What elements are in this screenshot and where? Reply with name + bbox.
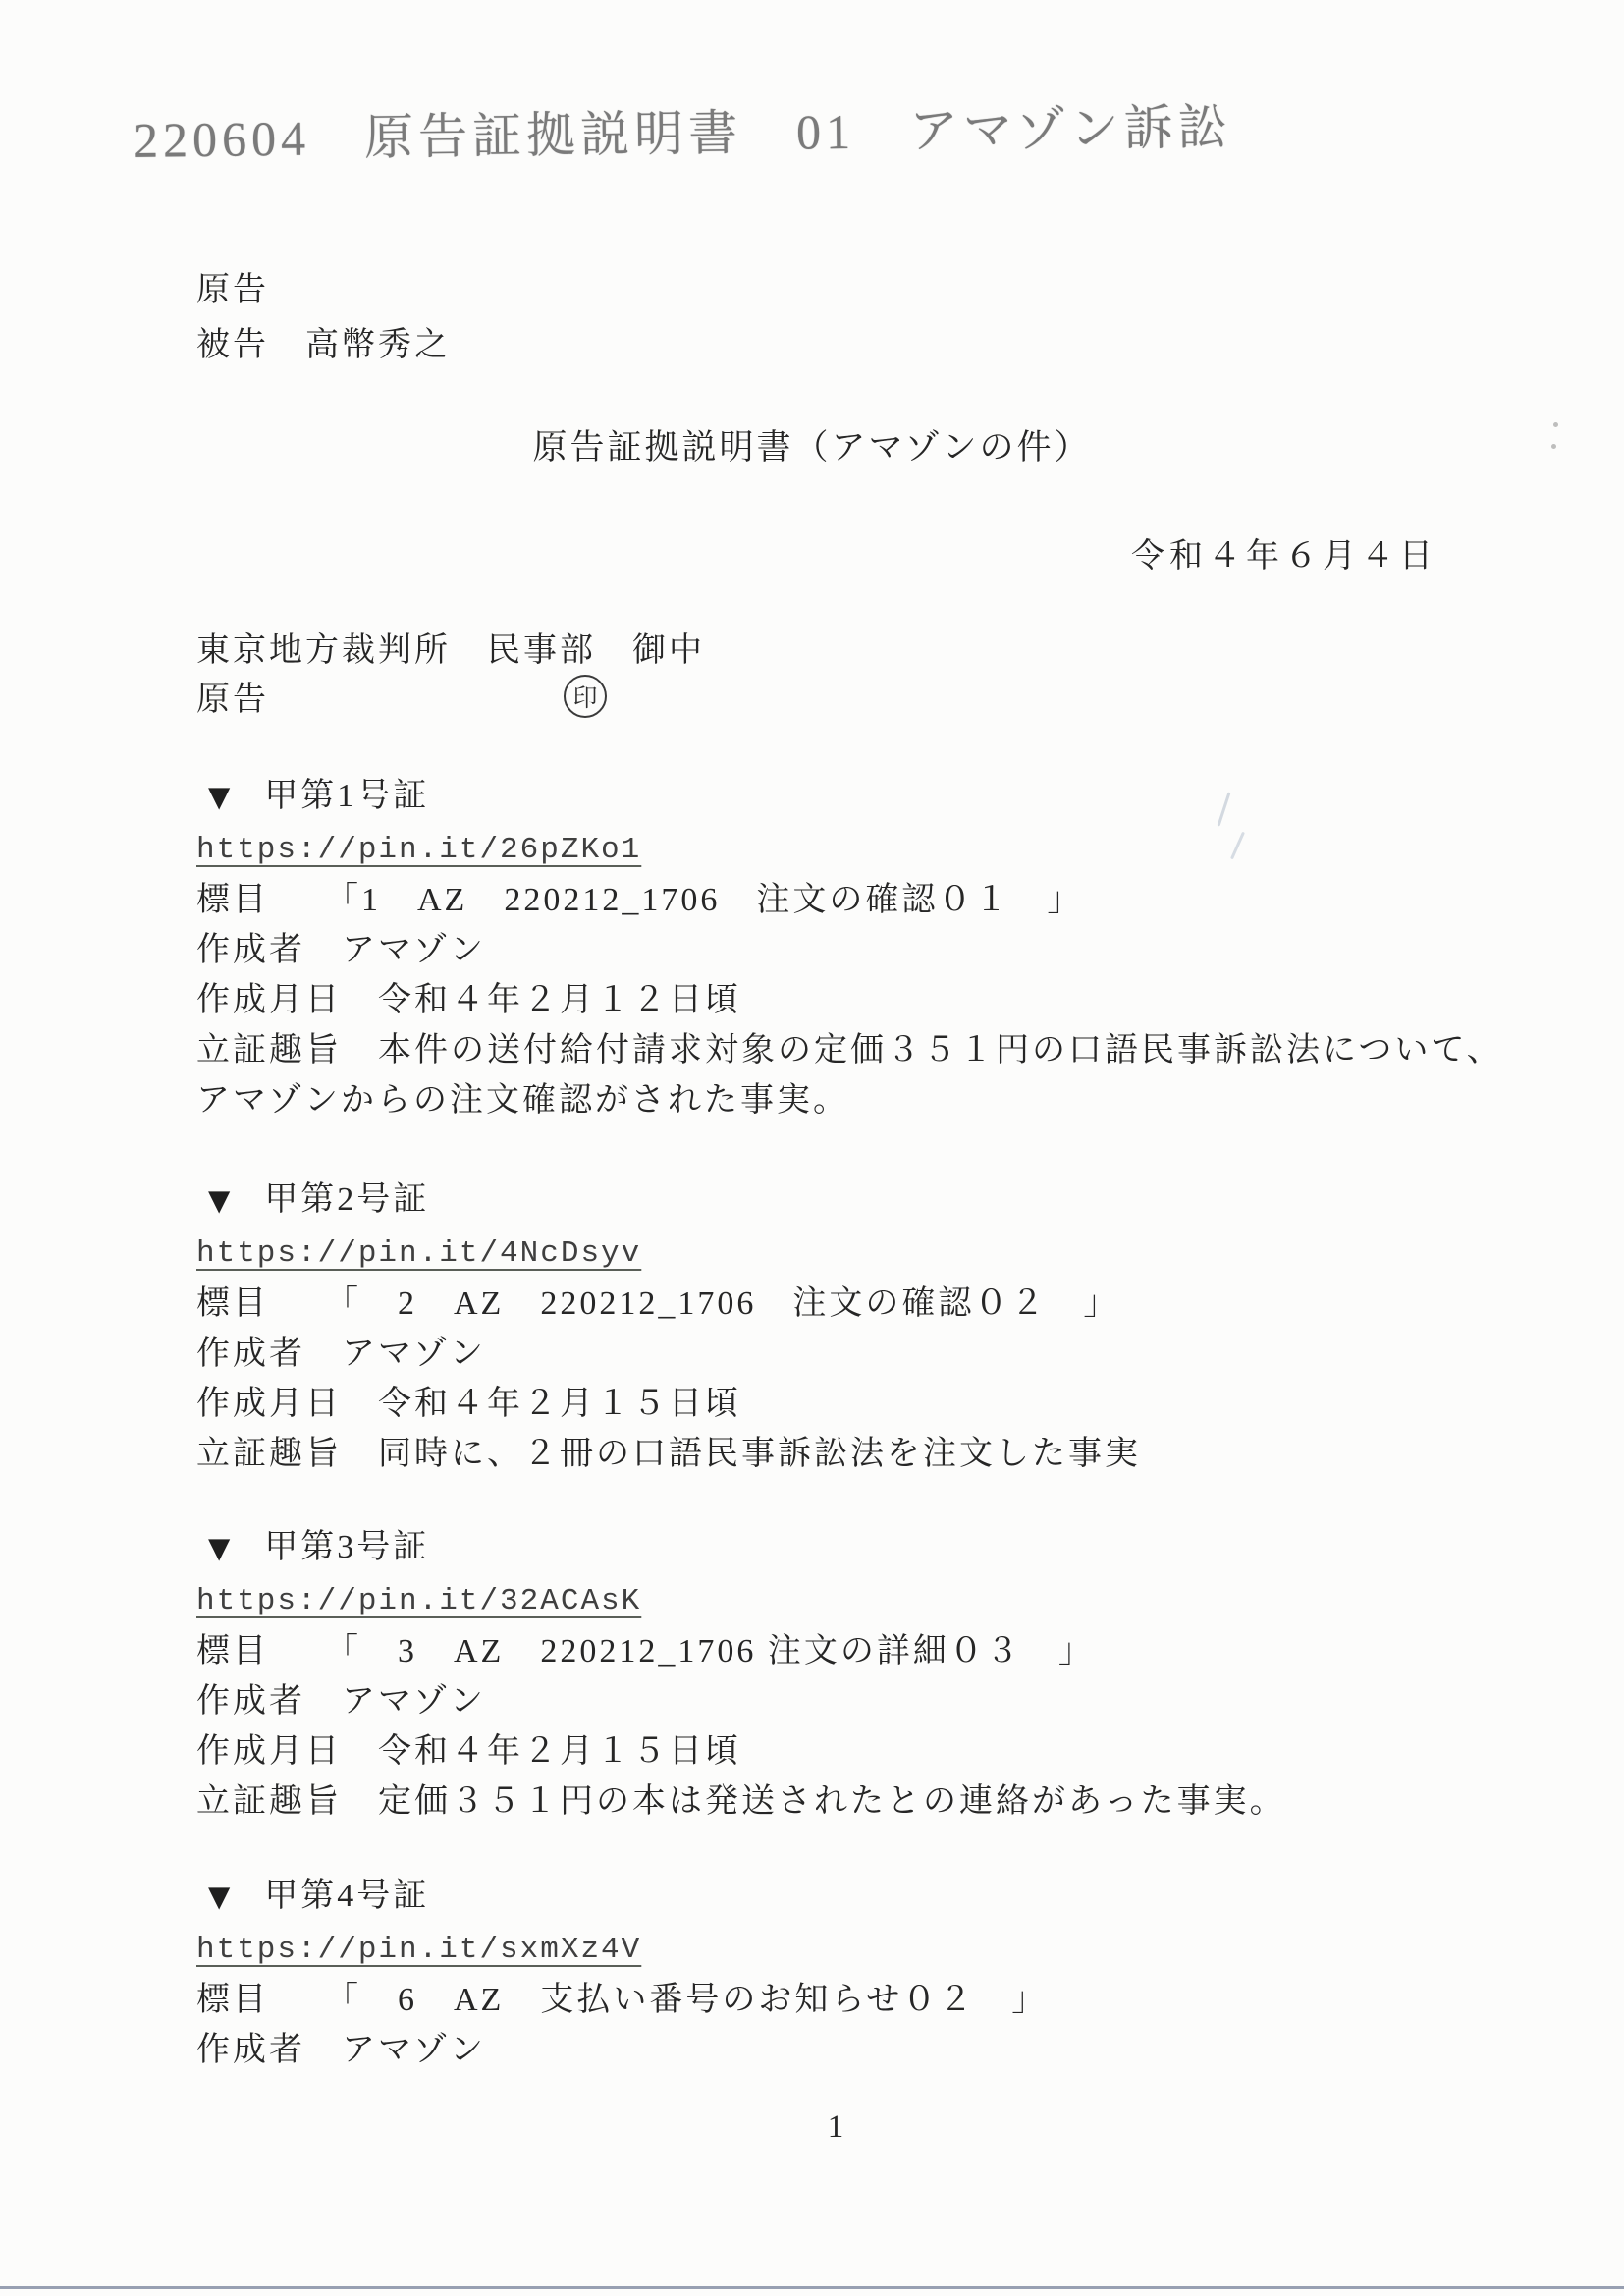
scan-artifact-dot (1553, 422, 1558, 427)
seal-stamp-icon: 印 (564, 675, 607, 718)
field-line: 作成者 アマゾン (196, 1676, 1561, 1726)
url-row: https://pin.it/4NcDsyv (196, 1226, 1561, 1279)
section-title: 甲第3号証 (264, 1529, 429, 1565)
field-line: 立証趣旨 定価３５１円の本は発送されたとの連絡があった事実。 (196, 1777, 1561, 1827)
handwritten-note: 220604 原告証拠説明書 01 アマゾン訴訟 (134, 87, 1232, 172)
evidence-url-link[interactable]: https://pin.it/4NcDsyv (196, 1236, 641, 1271)
field-line: 立証趣旨 同時に、２冊の口語民事訴訟法を注文した事実 (196, 1429, 1561, 1479)
scan-artifact-dot (1551, 444, 1556, 449)
field-line: 作成者 アマゾン (196, 925, 1561, 975)
field-line: アマゾンからの注文確認がされた事実。 (196, 1075, 1561, 1125)
section-heading: ▼甲第3号証 (196, 1522, 1561, 1573)
section-heading: ▼甲第2号証 (196, 1175, 1561, 1226)
url-row: https://pin.it/32ACAsK (196, 1573, 1561, 1626)
evidence-section-3: ▼甲第3号証 https://pin.it/32ACAsK 標目 「 3 AZ … (196, 1522, 1561, 1827)
evidence-url-link[interactable]: https://pin.it/32ACAsK (196, 1584, 641, 1618)
field-line: 作成月日 令和４年２月１２日頃 (196, 975, 1561, 1025)
field-line: 立証趣旨 本件の送付給付請求対象の定価３５１円の口語民事訴訟法について、 (196, 1025, 1561, 1075)
plaintiff-line: 原告 (196, 263, 451, 318)
field-line: 作成月日 令和４年２月１５日頃 (196, 1726, 1561, 1777)
scanner-edge-line (0, 2286, 1624, 2289)
field-line: 標目 「1 AZ 220212_1706 注文の確認０１ 」 (196, 875, 1561, 925)
defendant-line: 被告 高幣秀之 (196, 318, 451, 373)
document-date: 令和４年６月４日 (1131, 528, 1437, 576)
triangle-marker-icon: ▼ (196, 1531, 233, 1564)
evidence-section-1: ▼甲第1号証 https://pin.it/26pZKo1 標目 「1 AZ 2… (196, 771, 1561, 1125)
document-title: 原告証拠説明書（アマゾンの件） (0, 420, 1624, 469)
field-line: 標目 「 3 AZ 220212_1706 注文の詳細０３ 」 (196, 1626, 1561, 1676)
section-title: 甲第2号証 (264, 1181, 429, 1218)
section-title: 甲第4号証 (264, 1878, 429, 1914)
field-line: 標目 「 6 AZ 支払い番号のお知らせ０２ 」 (196, 1975, 1561, 2025)
evidence-section-4: ▼甲第4号証 https://pin.it/sxmXz4V 標目 「 6 AZ … (196, 1871, 1561, 2075)
party-block: 原告 被告 高幣秀之 (196, 263, 451, 373)
addressee-line: 東京地方裁判所 民事部 御中 (196, 623, 705, 671)
evidence-url-link[interactable]: https://pin.it/26pZKo1 (196, 833, 641, 867)
triangle-marker-icon: ▼ (196, 1880, 233, 1913)
evidence-section-2: ▼甲第2号証 https://pin.it/4NcDsyv 標目 「 2 AZ … (196, 1175, 1561, 1479)
signer-line: 原告 印 (196, 672, 607, 720)
triangle-marker-icon: ▼ (196, 780, 233, 813)
evidence-url-link[interactable]: https://pin.it/sxmXz4V (196, 1933, 641, 1967)
field-line: 作成月日 令和４年２月１５日頃 (196, 1379, 1561, 1429)
section-heading: ▼甲第1号証 (196, 771, 1561, 822)
page-number: 1 (0, 2109, 1624, 2146)
section-heading: ▼甲第4号証 (196, 1871, 1561, 1922)
triangle-marker-icon: ▼ (196, 1183, 233, 1217)
field-line: 作成者 アマゾン (196, 1329, 1561, 1379)
url-row: https://pin.it/26pZKo1 (196, 822, 1561, 875)
field-line: 標目 「 2 AZ 220212_1706 注文の確認０２ 」 (196, 1279, 1561, 1329)
signer-label: 原告 (196, 672, 269, 720)
field-line: 作成者 アマゾン (196, 2025, 1561, 2075)
page-number-value: 1 (828, 2109, 844, 2146)
section-title: 甲第1号証 (264, 778, 429, 814)
url-row: https://pin.it/sxmXz4V (196, 1922, 1561, 1975)
